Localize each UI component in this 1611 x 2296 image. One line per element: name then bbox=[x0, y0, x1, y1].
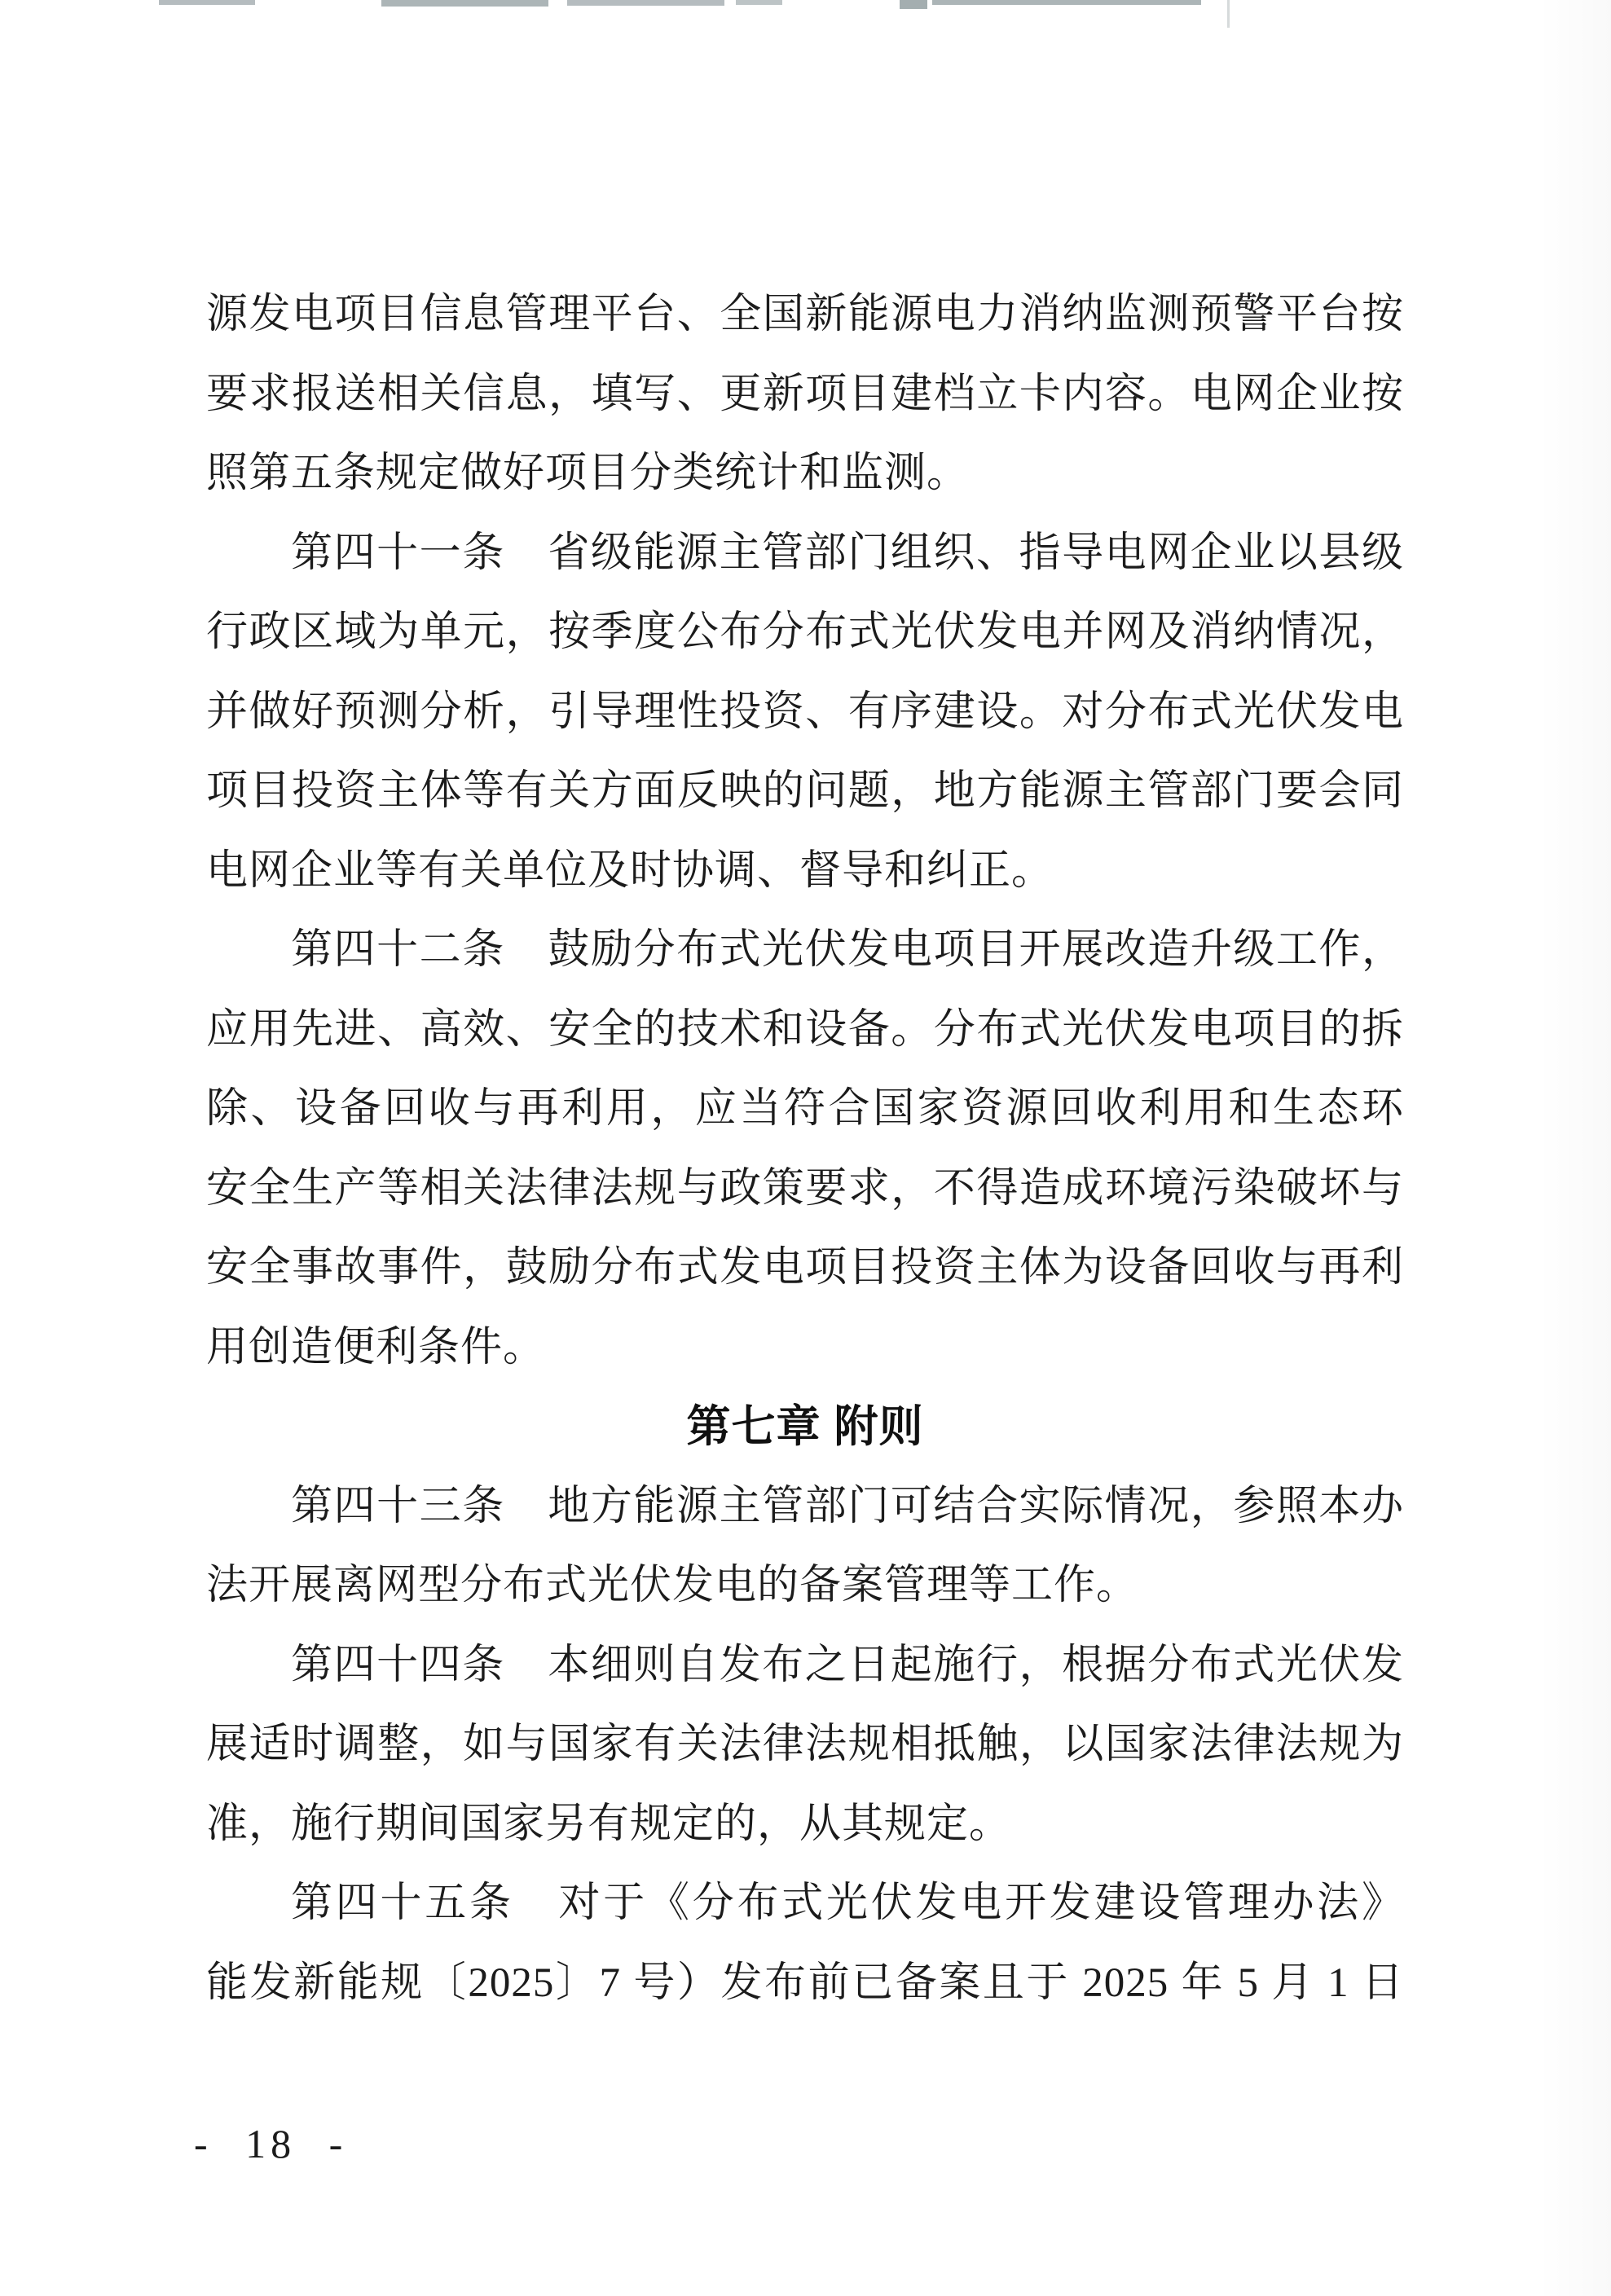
text-line: 行政区域为单元，按季度公布分布式光伏发电并网及消纳情况， bbox=[206, 593, 1404, 673]
scan-artifact bbox=[381, 0, 548, 7]
text-line: 要求报送相关信息，填写、更新项目建档立卡内容。电网企业按 bbox=[206, 355, 1404, 435]
text-line: 用创造便利条件。 bbox=[206, 1309, 1404, 1388]
scan-artifact bbox=[932, 0, 1201, 5]
text-line: 安全生产等相关法律法规与政策要求，不得造成环境污染破坏与 bbox=[206, 1150, 1404, 1229]
page-number: - 18 - bbox=[194, 2115, 347, 2172]
text-line: 项目投资主体等有关方面反映的问题，地方能源主管部门要会同 bbox=[206, 752, 1404, 832]
chapter-heading: 第七章 附则 bbox=[206, 1388, 1404, 1467]
text-line: 电网企业等有关单位及时协调、督导和纠正。 bbox=[206, 832, 1404, 912]
text-line-article-42: 第四十二条 鼓励分布式光伏发电项目开展改造升级工作， bbox=[206, 911, 1404, 991]
scan-artifact bbox=[900, 0, 927, 9]
text-line-article-41: 第四十一条 省级能源主管部门组织、指导电网企业以县级 bbox=[206, 514, 1404, 594]
scan-artifact bbox=[567, 0, 724, 6]
text-line: 展适时调整，如与国家有关法律法规相抵触，以国家法律法规为 bbox=[206, 1705, 1404, 1785]
text-line: 法开展离网型分布式光伏发电的备案管理等工作。 bbox=[206, 1546, 1404, 1626]
text-line: 能发新能规〔2025〕7 号）发布前已备案且于 2025 年 5 月 1 日 bbox=[206, 1944, 1404, 2024]
document-page: 源发电项目信息管理平台、全国新能源电力消纳监测预警平台按 要求报送相关信息，填写… bbox=[0, 0, 1611, 2296]
text-line-article-45: 第四十五条 对于《分布式光伏发电开发建设管理办法》（国 bbox=[206, 1864, 1404, 1944]
text-line: 安全事故事件，鼓励分布式发电项目投资主体为设备回收与再利 bbox=[206, 1229, 1404, 1309]
text-line: 应用先进、高效、安全的技术和设备。分布式光伏发电项目的拆 bbox=[206, 991, 1404, 1071]
scan-artifact bbox=[159, 0, 255, 5]
scan-artifact bbox=[1227, 0, 1230, 28]
text-line-article-44: 第四十四条 本细则自发布之日起施行，根据分布式光伏发 bbox=[206, 1626, 1404, 1706]
document-body: 源发电项目信息管理平台、全国新能源电力消纳监测预警平台按 要求报送相关信息，填写… bbox=[206, 275, 1404, 2023]
text-line: 照第五条规定做好项目分类统计和监测。 bbox=[206, 434, 1404, 514]
scan-edge-shading bbox=[1538, 0, 1611, 2296]
text-line: 并做好预测分析，引导理性投资、有序建设。对分布式光伏发电 bbox=[206, 673, 1404, 753]
text-line: 除、设备回收与再利用，应当符合国家资源回收利用和生态环境、 bbox=[206, 1070, 1404, 1150]
scan-artifact bbox=[736, 0, 782, 5]
text-line: 准，施行期间国家另有规定的，从其规定。 bbox=[206, 1785, 1404, 1865]
text-line-article-43: 第四十三条 地方能源主管部门可结合实际情况，参照本办 bbox=[206, 1467, 1404, 1547]
text-line: 源发电项目信息管理平台、全国新能源电力消纳监测预警平台按 bbox=[206, 275, 1404, 355]
